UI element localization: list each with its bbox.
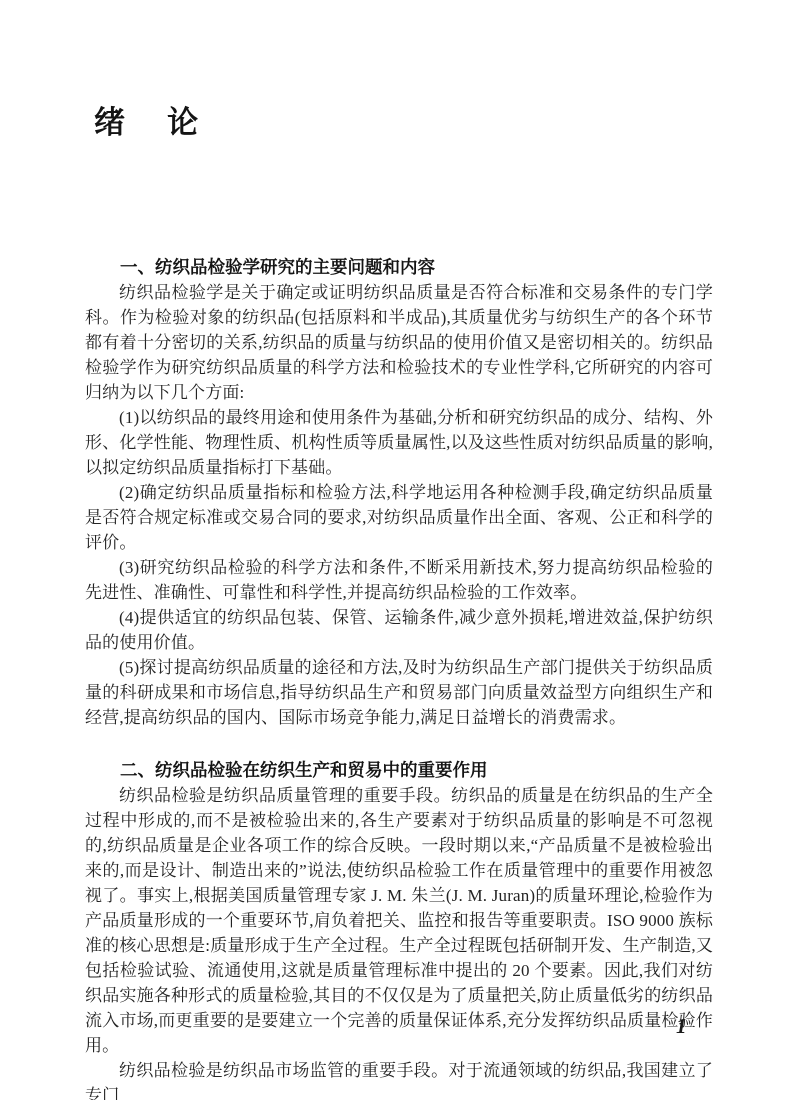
section-2-heading: 二、纺织品检验在纺织生产和贸易中的重要作用 — [85, 758, 713, 783]
section-important-role: 二、纺织品检验在纺织生产和贸易中的重要作用 纺织品检验是纺织品质量管理的重要手段… — [85, 758, 713, 1100]
section-main-problems: 一、纺织品检验学研究的主要问题和内容 纺织品检验学是关于确定或证明纺织品质量是否… — [85, 255, 713, 730]
section-1-item-5: (5)探讨提高纺织品质量的途径和方法,及时为纺织品生产部门提供关于纺织品质量的科… — [85, 655, 713, 730]
section-1-item-4: (4)提供适宜的纺织品包装、保管、运输条件,减少意外损耗,增进效益,保护纺织品的… — [85, 605, 713, 655]
section-1-intro-paragraph: 纺织品检验学是关于确定或证明纺织品质量是否符合标准和交易条件的专门学科。作为检验… — [85, 280, 713, 405]
section-2-paragraph-2: 纺织品检验是纺织品市场监管的重要手段。对于流通领域的纺织品,我国建立了专门 — [85, 1058, 713, 1100]
section-1-heading: 一、纺织品检验学研究的主要问题和内容 — [85, 255, 713, 280]
chapter-title: 绪 论 — [94, 104, 204, 142]
section-1-item-2: (2)确定纺织品质量指标和检验方法,科学地运用各种检测手段,确定纺织品质量是否符… — [85, 480, 713, 555]
section-1-item-3: (3)研究纺织品检验的科学方法和条件,不断采用新技术,努力提高纺织品检验的先进性… — [85, 555, 713, 605]
book-page: 绪 论 一、纺织品检验学研究的主要问题和内容 纺织品检验学是关于确定或证明纺织品… — [0, 0, 790, 1100]
page-content: 一、纺织品检验学研究的主要问题和内容 纺织品检验学是关于确定或证明纺织品质量是否… — [85, 255, 713, 1100]
section-2-paragraph-1: 纺织品检验是纺织品质量管理的重要手段。纺织品的质量是在纺织品的生产全过程中形成的… — [85, 783, 713, 1058]
section-1-item-1: (1)以纺织品的最终用途和使用条件为基础,分析和研究纺织品的成分、结构、外形、化… — [85, 405, 713, 480]
page-number: 1 — [676, 1014, 687, 1039]
